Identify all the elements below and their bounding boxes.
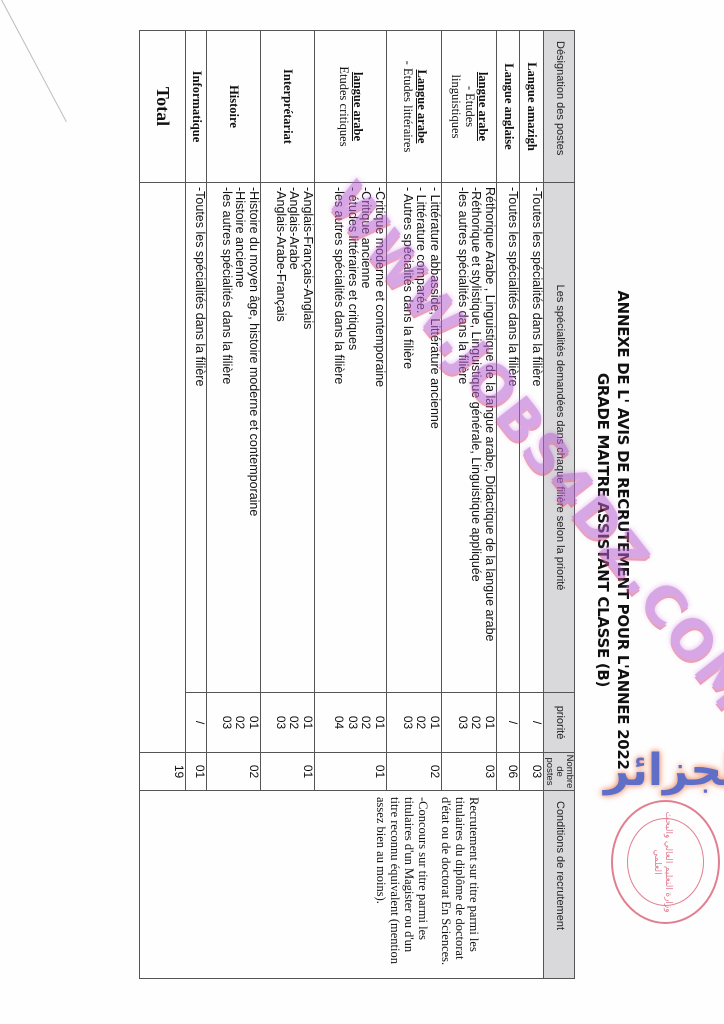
specialite-item: -Anglais-Arabe-Français (273, 187, 287, 688)
condition-text: -Concours sur titre parmi les titulaires… (374, 797, 431, 972)
designation-text: Etudes critiques (337, 35, 351, 178)
stamp-text: وزارة التعليم العالي والبحث العلمي (652, 802, 674, 922)
designation-cell: Interprétariat (261, 31, 315, 183)
nombre-postes-cell: 01 (186, 753, 207, 791)
specialite-item: -Anglais-Arabe (287, 187, 301, 688)
priorite-cell: 010203 (387, 693, 442, 753)
designation-cell: langue arabeEtudes critiques (315, 31, 387, 183)
designation-cell: Langue anglaise (497, 31, 520, 183)
priorite-value: 01 (246, 697, 260, 748)
priorite-value: 03 (455, 697, 469, 748)
nombre-postes-cell: 03 (442, 753, 497, 791)
nombre-postes-cell: 02 (207, 753, 261, 791)
nombre-postes-cell: 01 (315, 753, 387, 791)
recruitment-table: Désignation des postes Les spécialités d… (139, 30, 575, 979)
priorite-value: 01 (372, 697, 386, 748)
priorite-value: / (529, 697, 543, 748)
total-empty-cell (140, 183, 186, 753)
column-header-designation: Désignation des postes (544, 31, 575, 183)
designation-cell: Langue amazigh (520, 31, 544, 183)
designation-text: - Etudes (462, 35, 476, 178)
priorite-cell: 010203 (261, 693, 315, 753)
designation-text: Histoire (227, 35, 241, 178)
paper-fold-line (0, 0, 67, 122)
priorite-value: / (505, 697, 519, 748)
designation-text: Informatique (189, 35, 203, 178)
priorite-value: 03 (400, 697, 414, 748)
specialites-cell: -Histoire du moyen âge, histoire moderne… (207, 183, 261, 693)
specialite-item: -Histoire ancienne (233, 187, 247, 688)
nombre-postes-cell: 01 (261, 753, 315, 791)
nombre-postes-cell: 06 (497, 753, 520, 791)
column-header-conditions: Conditions de recrutement (544, 791, 575, 979)
nombre-postes-cell: 03 (520, 753, 544, 791)
conditions-cell: Recrutement sur titre parmi les titulair… (140, 791, 544, 979)
priorite-cell: / (186, 693, 207, 753)
condition-text: Recrutement sur titre parmi les titulair… (438, 797, 481, 972)
specialite-item: -Anglais-Français-Anglais (300, 187, 314, 688)
designation-text: Langue arabe (414, 35, 428, 178)
column-header-priorite: priorité (544, 693, 575, 753)
priorite-cell: / (520, 693, 544, 753)
priorite-cell: 01020304 (315, 693, 387, 753)
total-value: 19 (140, 753, 186, 791)
priorite-value: 03 (345, 697, 359, 748)
priorite-value: 01 (482, 697, 496, 748)
designation-cell: langue arabe- Etudeslinguistiques (442, 31, 497, 183)
designation-text: langue arabe (351, 35, 365, 178)
specialite-item: -les autres spécialités dans la filière (219, 187, 233, 688)
designation-text: Langue amazigh (525, 35, 539, 178)
designation-text: langue arabe (476, 35, 490, 178)
specialite-item: -les autres spécialités dans la filière (332, 187, 346, 688)
designation-cell: Informatique (186, 31, 207, 183)
specialites-cell: -Anglais-Français-Anglais-Anglais-Arabe-… (261, 183, 315, 693)
priorite-value: 03 (219, 697, 233, 748)
specialites-cell: -Toutes les spécialités dans la filière (186, 183, 207, 693)
specialite-item: -Histoire du moyen âge, histoire moderne… (246, 187, 260, 688)
specialite-item: -Toutes les spécialités dans la filière (192, 187, 206, 688)
priorite-value: 02 (287, 697, 301, 748)
priorite-value: 01 (427, 697, 441, 748)
designation-text: linguistiques (449, 35, 463, 178)
priorite-value: 01 (300, 697, 314, 748)
total-label: Total (140, 31, 186, 183)
table-row: Langue amazigh-Toutes les spécialités da… (520, 31, 544, 979)
priorite-cell: / (497, 693, 520, 753)
priorite-value: 02 (233, 697, 247, 748)
document-page: وزارة التعليم العالي والبحث العلمي ANNEX… (0, 0, 724, 1024)
priorite-value: 02 (359, 697, 373, 748)
priorite-value: 02 (469, 697, 483, 748)
specialite-item: -Réthorique et stylistique, Linguistique… (469, 187, 483, 688)
priorite-value: / (192, 697, 206, 748)
priorite-cell: 010203 (207, 693, 261, 753)
priorite-value: 02 (414, 697, 428, 748)
nombre-postes-cell: 02 (387, 753, 442, 791)
watermark-arabic-blog: مدونة التوظيف في الجزائر (553, 745, 604, 785)
priorite-value: 03 (273, 697, 287, 748)
specialites-cell: Réthorique Arabe , Linguistique de la la… (442, 183, 497, 693)
priorite-value: 04 (332, 697, 346, 748)
designation-text: Interprétariat (281, 35, 295, 178)
designation-text: Langue anglaise (501, 35, 515, 178)
designation-cell: Langue arabe- Etudes littéraires (387, 31, 442, 183)
designation-text: - Etudes littéraires (400, 35, 414, 178)
designation-cell: Histoire (207, 31, 261, 183)
specialite-item: -les autres spécialités dans la filière (455, 187, 469, 688)
priorite-cell: 010203 (442, 693, 497, 753)
